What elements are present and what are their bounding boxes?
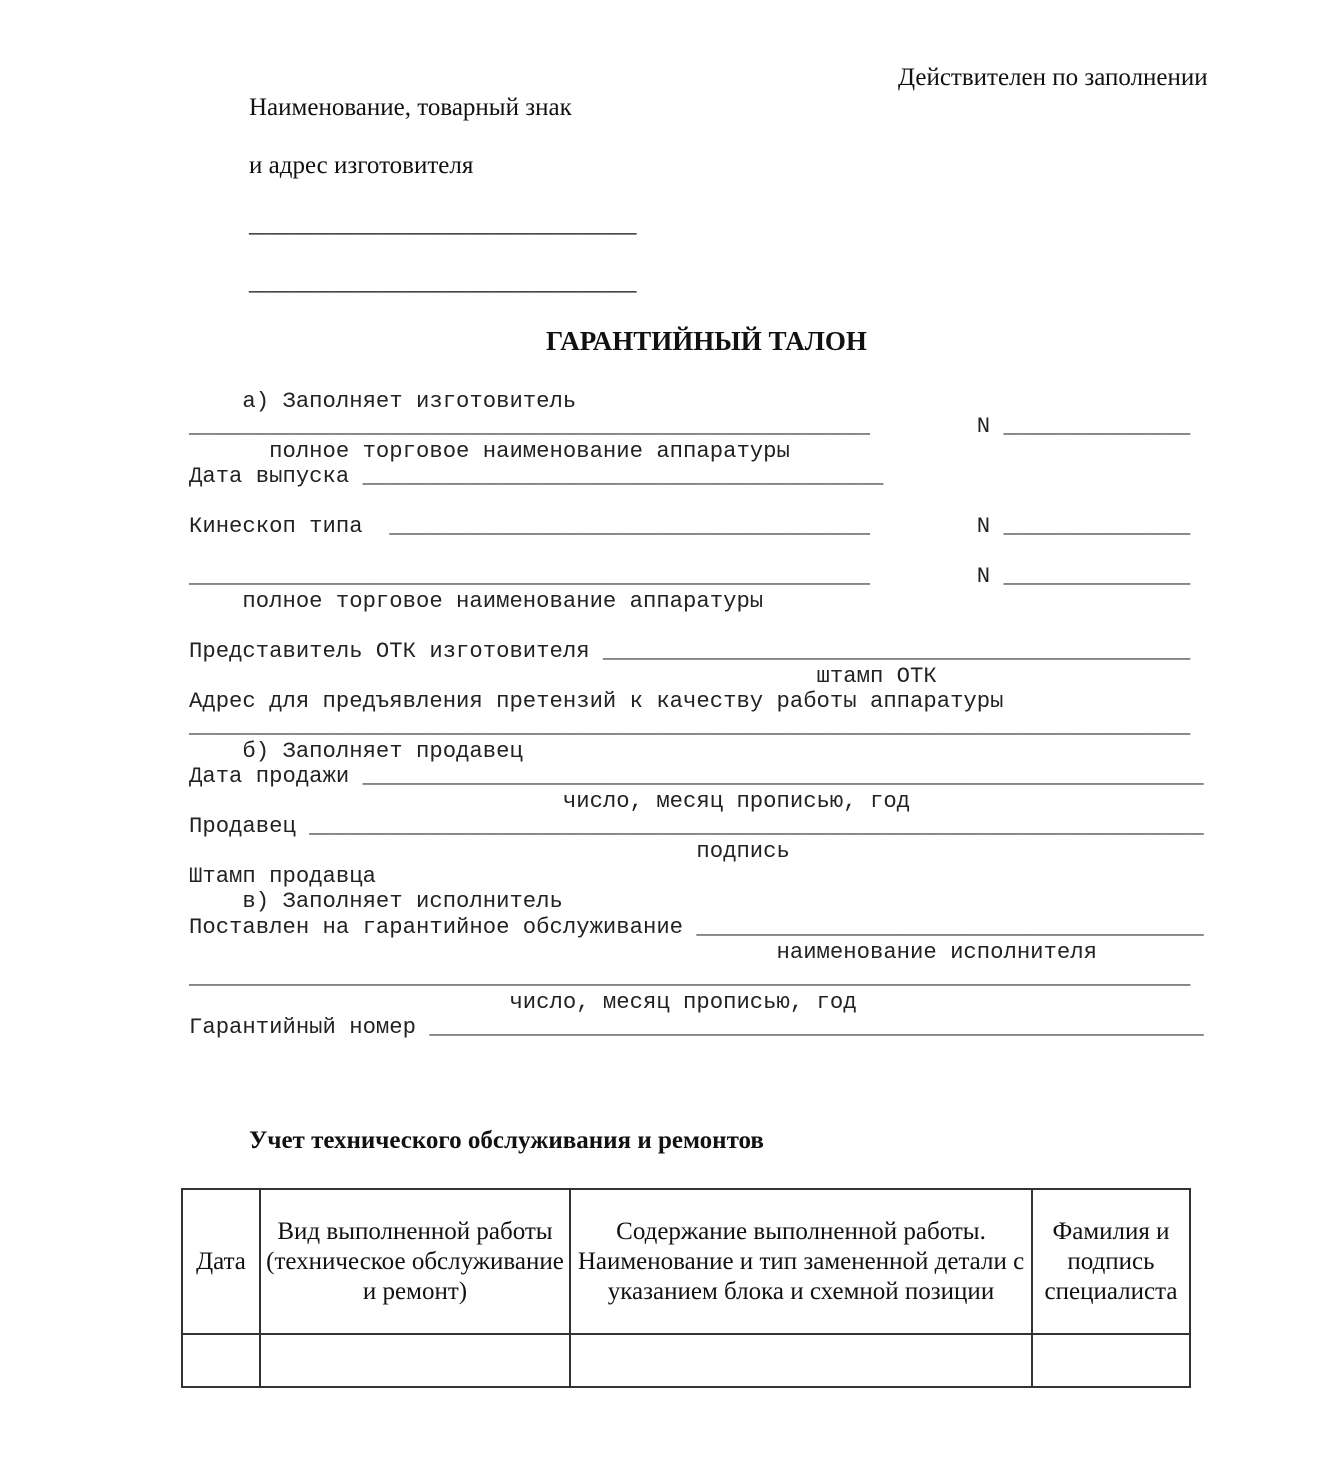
device-name-field-2[interactable]: ________________________________________… xyxy=(189,564,1190,589)
device-name-caption-2: полное торговое наименование аппаратуры xyxy=(189,589,763,614)
service-date-caption: число, месяц прописью, год xyxy=(189,990,857,1015)
manufacturer-label-line1: Наименование, товарный знак xyxy=(249,94,572,122)
contractor-name-caption: наименование исполнителя xyxy=(189,940,1097,965)
manufacturer-label-line2: и адрес изготовителя xyxy=(249,152,473,180)
warranty-number-field[interactable]: Гарантийный номер ______________________… xyxy=(189,1015,1204,1040)
claims-address-field[interactable]: ________________________________________… xyxy=(189,714,1190,739)
seller-stamp-label: Штамп продавца xyxy=(189,864,376,889)
section-a-heading: а) Заполняет изготовитель xyxy=(189,389,576,414)
sale-date-field[interactable]: Дата продажи ___________________________… xyxy=(189,764,1204,789)
cell-work-content[interactable] xyxy=(570,1334,1032,1387)
column-header-date: Дата xyxy=(182,1189,260,1334)
column-header-work-content: Содержание выполненной работы. Наименова… xyxy=(570,1189,1032,1334)
column-header-specialist: Фамилия и подпись специалиста xyxy=(1032,1189,1190,1334)
warranty-service-field[interactable]: Поставлен на гарантийное обслуживание __… xyxy=(189,915,1204,940)
kinescope-type-field[interactable]: Кинескоп типа __________________________… xyxy=(189,514,1190,539)
manufacturer-blank-line2[interactable]: _______________________________ xyxy=(249,268,637,296)
document-title: ГАРАНТИЙНЫЙ ТАЛОН xyxy=(546,326,867,357)
qc-representative-field[interactable]: Представитель ОТК изготовителя _________… xyxy=(189,639,1190,664)
service-log-title: Учет технического обслуживания и ремонто… xyxy=(249,1127,764,1155)
service-date-field[interactable]: ________________________________________… xyxy=(189,965,1190,990)
table-header-row: Дата Вид выполненной работы (техническое… xyxy=(182,1189,1190,1334)
qc-stamp-caption: штамп ОТК xyxy=(189,664,937,689)
release-date-field[interactable]: Дата выпуска ___________________________… xyxy=(189,464,883,489)
signature-caption: подпись xyxy=(189,839,790,864)
cell-work-type[interactable] xyxy=(260,1334,570,1387)
table-row xyxy=(182,1334,1190,1387)
section-b-heading: б) Заполняет продавец xyxy=(189,739,523,764)
sale-date-caption: число, месяц прописью, год xyxy=(189,789,910,814)
cell-date[interactable] xyxy=(182,1334,260,1387)
manufacturer-blank-line1[interactable]: _______________________________ xyxy=(249,210,637,238)
claims-address-label: Адрес для предъявления претензий к качес… xyxy=(189,689,1003,714)
service-log-table: Дата Вид выполненной работы (техническое… xyxy=(181,1188,1191,1388)
cell-specialist[interactable] xyxy=(1032,1334,1190,1387)
seller-field[interactable]: Продавец _______________________________… xyxy=(189,814,1204,839)
column-header-work-type: Вид выполненной работы (техническое обсл… xyxy=(260,1189,570,1334)
device-name-caption: полное торговое наименование аппаратуры xyxy=(189,439,790,464)
device-name-field[interactable]: ________________________________________… xyxy=(189,414,1190,439)
section-c-heading: в) Заполняет исполнитель xyxy=(189,889,563,914)
validity-note: Действителен по заполнении xyxy=(898,64,1208,92)
